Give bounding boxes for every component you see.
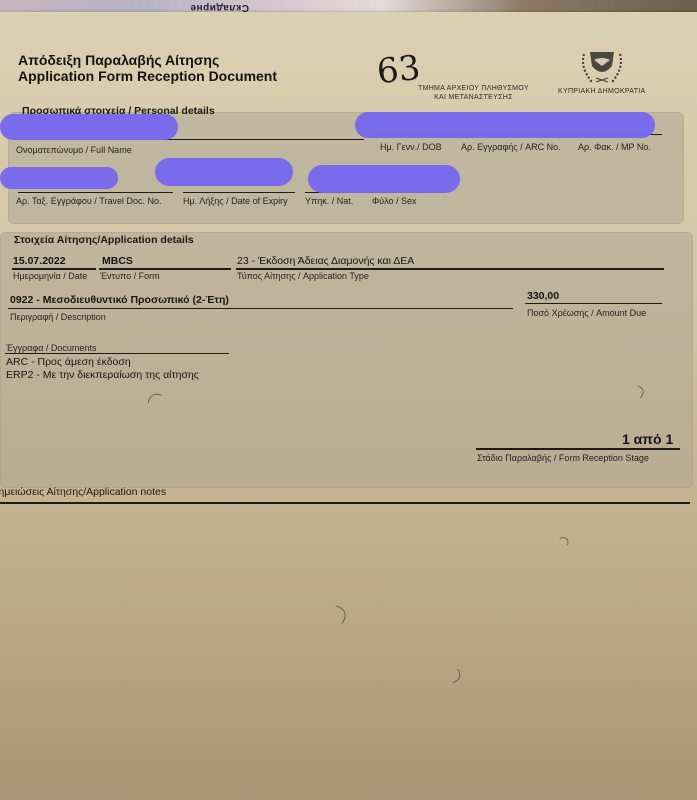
hair-mark [281,597,350,648]
redaction-travel-doc [0,167,118,189]
document-title-greek: Απόδειξη Παραλαβής Αίτησης [18,52,277,68]
redaction-full-name [0,114,178,140]
application-date-label: Ημερομηνία / Date [13,271,87,281]
form-label: Έντυπο / Form [100,271,160,281]
arc-no-label: Αρ. Εγγραφής / ARC No. [461,142,561,152]
application-type-label: Τύπος Αίτησης / Application Type [237,271,369,281]
amount-due-value: 330,00 [527,290,559,302]
redaction-expiry [155,158,293,186]
full-name-label: Ονοματεπώνυμο / Full Name [16,145,132,155]
stage-rule [476,448,680,450]
notes-rule [0,502,690,504]
travel-doc-label: Αρ. Ταξ. Εγγράφου / Travel Doc. No. [16,196,161,206]
documents-list: ARC - Προς άμεση έκδοση ERP2 - Με την δι… [6,356,199,382]
cyprus-coat-of-arms-icon [574,48,630,86]
dob-label: Ημ. Γενν./ DOB [380,142,442,152]
description-rule [8,308,513,309]
form-value: MBCS [102,255,133,267]
expiry-label: Ημ. Λήξης / Date of Expiry [183,196,288,206]
mp-no-label: Αρ. Φακ. / MP No. [578,142,651,152]
redaction-dob-arc [355,112,655,138]
expiry-rule [183,192,295,193]
document-title-english: Application Form Reception Document [18,68,277,84]
type-rule [236,268,664,270]
application-notes-title: Σημειώσεις Αίτησης/Application notes [0,486,166,498]
travel-doc-rule [18,192,173,193]
republic-name: ΚΥΠΡΙΑΚΗ ΔΗΜΟΚΡΑΤΙΑ [558,88,646,95]
documents-rule [5,353,229,354]
description-value: 0922 - Μεσοδιευθυντικό Προσωπικό (2-Έτη) [10,294,229,306]
amount-rule [525,303,662,304]
document-item: ARC - Προς άμεση έκδοση [6,356,199,369]
reception-stage-label: Στάδιο Παραλαβής / Form Reception Stage [477,453,649,463]
application-date-value: 15.07.2022 [13,255,66,267]
redaction-nationality [308,165,460,193]
reception-stage-value: 1 από 1 [622,431,673,447]
reception-document: Απόδειξη Παραλαβής Αίτησης Application F… [0,12,697,800]
application-type-value: 23 - Έκδοση Άδειας Διαμονής και ΔΕΑ [237,255,414,267]
sex-label: Φύλο / Sex [372,196,416,206]
documents-label: Έγγραφα / Documents [6,343,96,353]
hair-mark [526,532,575,585]
date-rule [12,268,96,270]
department-line-2: ΚΑΙ ΜΕΤΑΝΑΣΤΕΥΣΗΣ [418,93,529,102]
application-details-title: Στοιχεία Αίτησης/Application details [14,234,194,246]
description-label: Περιγραφή / Description [10,312,106,322]
nationality-label: Υπηκ. / Nat. [305,196,353,206]
department-name: ΤΜΗΜΑ ΑΡΧΕΙΟΥ ΠΛΗΘΥΣΜΟΥ ΚΑΙ ΜΕΤΑΝΑΣΤΕΥΣΗ… [418,84,529,102]
document-title: Απόδειξη Παραλαβής Αίτησης Application F… [18,52,277,84]
department-line-1: ΤΜΗΜΑ ΑΡΧΕΙΟΥ ΠΛΗΘΥΣΜΟΥ [418,84,529,93]
amount-due-label: Ποσό Χρέωσης / Amount Due [527,308,646,318]
document-item: ERP2 - Με την διεκπεραίωση της αίτησης [6,369,199,382]
handwritten-queue-number: 63 [375,48,422,92]
hair-mark [420,653,464,689]
form-rule [99,268,231,270]
